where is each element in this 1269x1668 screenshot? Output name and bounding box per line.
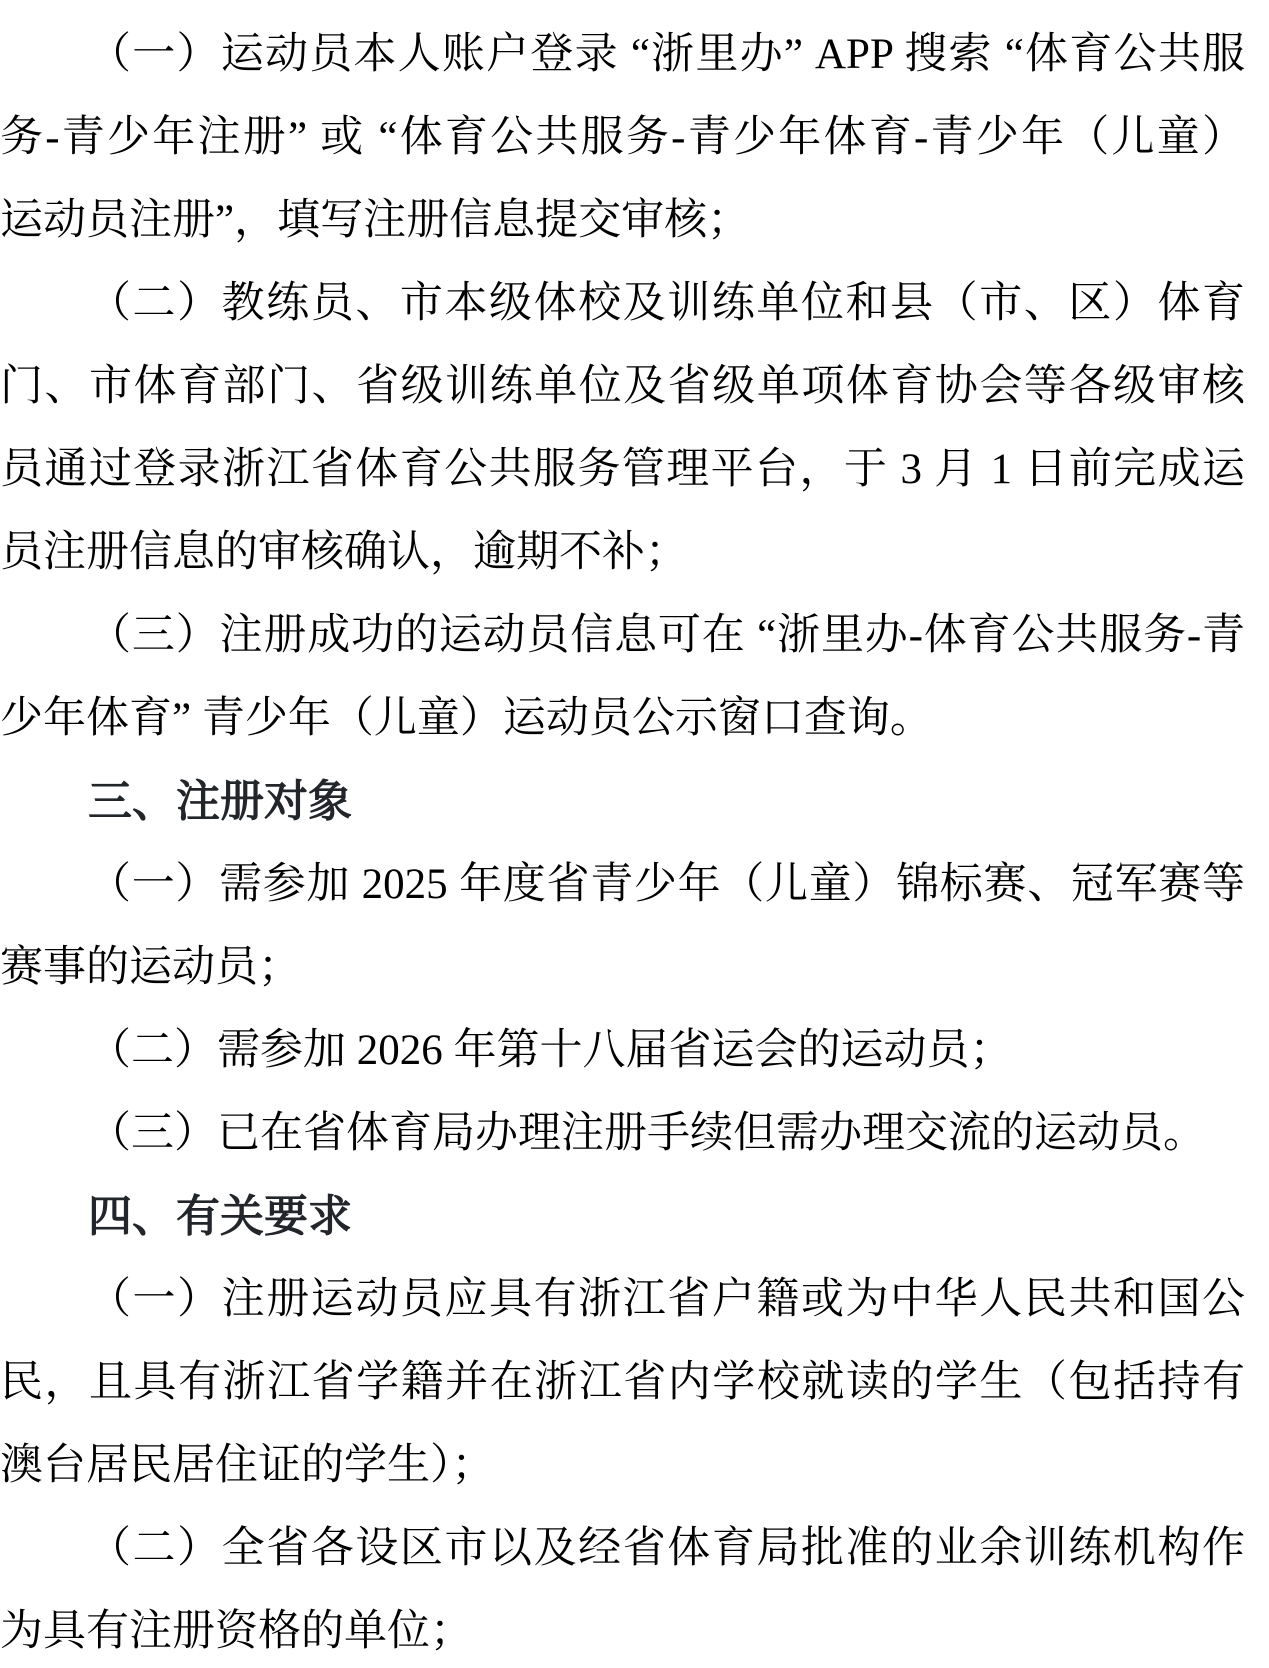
section-heading: 三、注册对象 xyxy=(0,760,1245,843)
section-heading: 四、有关要求 xyxy=(0,1175,1245,1258)
text-line: （二）需参加 2026 年第十八届省运会的运动员； xyxy=(0,1009,1245,1092)
text-line: 务-青少年注册” 或 “体育公共服务-青少年体育-青少年（儿童） xyxy=(0,96,1245,179)
text-line: （二）全省各设区市以及经省体育局批准的业余训练机构作 xyxy=(0,1507,1245,1590)
text-line: 员注册信息的审核确认，逾期不补； xyxy=(0,511,1245,594)
text-line: 为具有注册资格的单位； xyxy=(0,1590,1245,1668)
text-line: 少年体育” 青少年（儿童）运动员公示窗口查询。 xyxy=(0,677,1245,760)
text-line: （二）教练员、市本级体校及训练单位和县（市、区）体育部 xyxy=(0,262,1245,345)
text-line: （一）注册运动员应具有浙江省户籍或为中华人民共和国公 xyxy=(0,1258,1245,1341)
text-line: （三）已在省体育局办理注册手续但需办理交流的运动员。 xyxy=(0,1092,1245,1175)
document-page: （一）运动员本人账户登录 “浙里办” APP 搜索 “体育公共服务-青少年注册”… xyxy=(0,0,1269,1668)
document-content: （一）运动员本人账户登录 “浙里办” APP 搜索 “体育公共服务-青少年注册”… xyxy=(0,13,1245,1668)
text-line: 门、市体育部门、省级训练单位及省级单项体育协会等各级审核人 xyxy=(0,345,1245,428)
text-line: （一）运动员本人账户登录 “浙里办” APP 搜索 “体育公共服 xyxy=(0,13,1245,96)
text-line: 澳台居民居住证的学生）； xyxy=(0,1424,1245,1507)
text-line: 运动员注册”，填写注册信息提交审核； xyxy=(0,179,1245,262)
text-line: （三）注册成功的运动员信息可在 “浙里办-体育公共服务-青 xyxy=(0,594,1245,677)
text-line: （一）需参加 2025 年度省青少年（儿童）锦标赛、冠军赛等 xyxy=(0,843,1245,926)
text-line: 员通过登录浙江省体育公共服务管理平台，于 3 月 1 日前完成运动 xyxy=(0,428,1245,511)
text-line: 民，且具有浙江省学籍并在浙江省内学校就读的学生（包括持有港 xyxy=(0,1341,1245,1424)
text-line: 赛事的运动员； xyxy=(0,926,1245,1009)
